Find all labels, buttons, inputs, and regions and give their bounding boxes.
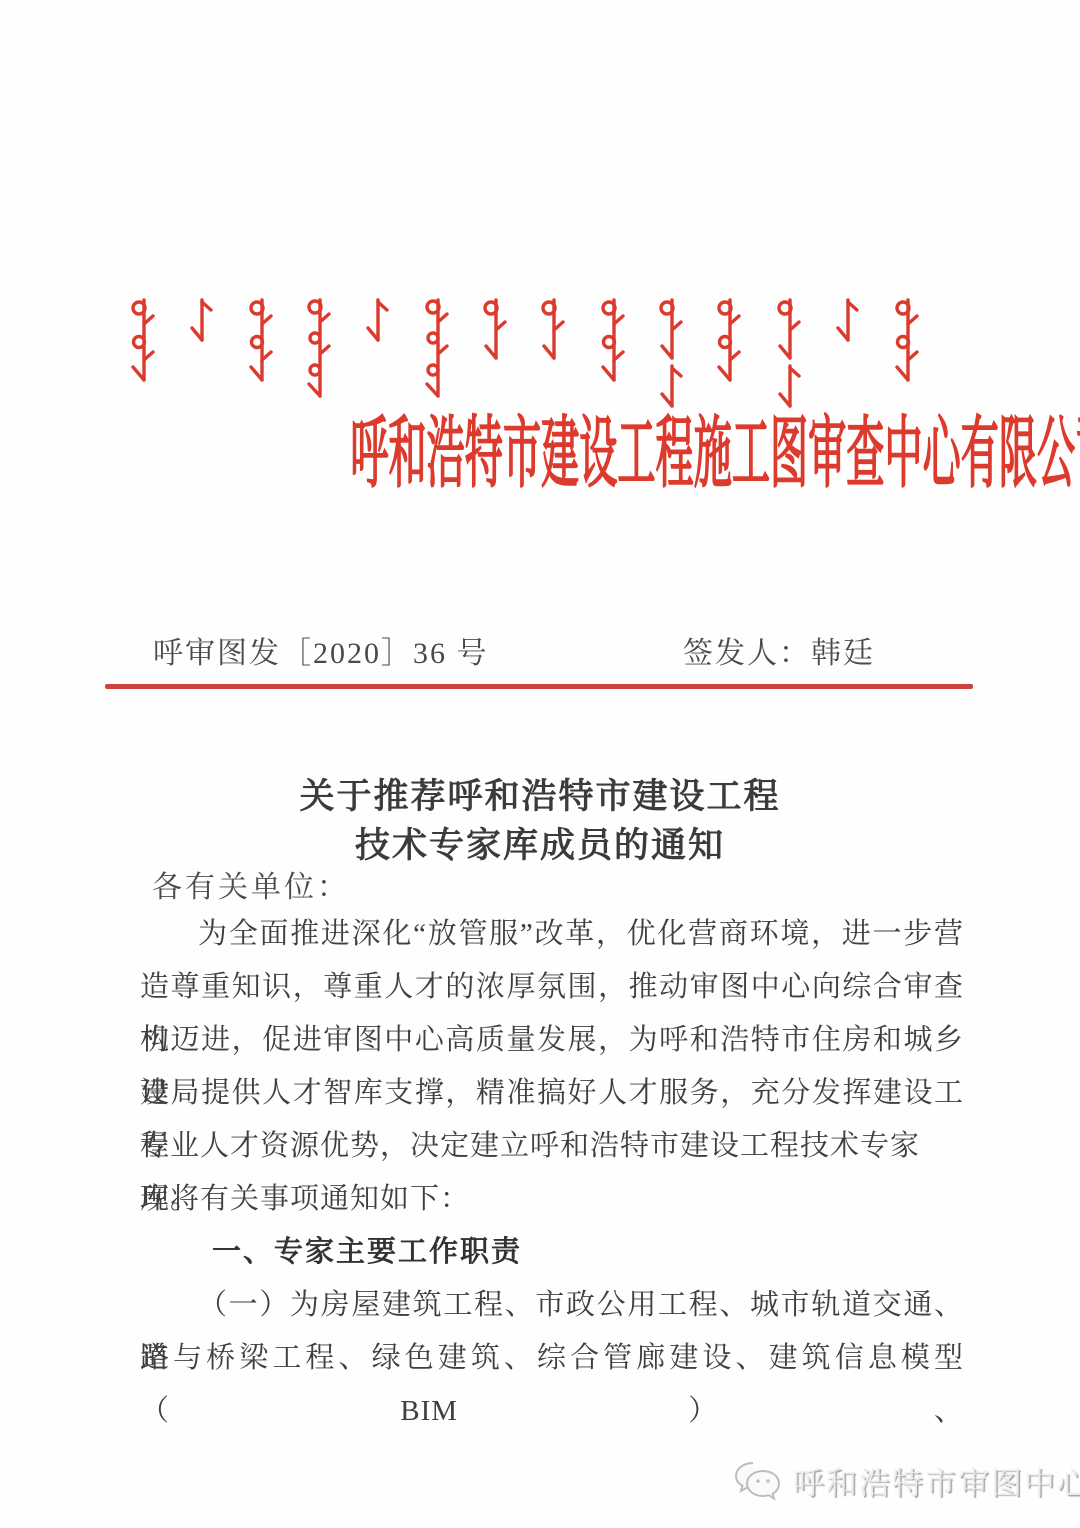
signer: 签发人：韩廷 <box>683 628 875 672</box>
body-line: 路与桥梁工程、绿色建筑、综合管廊建设、建筑信息模型（BIM）、 <box>140 1332 964 1385</box>
doc-meta-row: 呼审图发［2020］36 号 签发人：韩廷 <box>153 628 875 672</box>
notice-title-line1: 关于推荐呼和浩特市建设工程 <box>0 772 1080 821</box>
mongolian-script-icon <box>0 296 1080 408</box>
watermark-text: 呼和浩特市审图中心 <box>793 1458 1080 1503</box>
body-line: 设局提供人才智库支撑，精准搞好人才服务，充分发挥建设工程 <box>140 1067 964 1120</box>
notice-body: 为全面推进深化“放管服”改革，优化营商环境，进一步营 造尊重知识，尊重人才的浓厚… <box>140 908 964 1385</box>
watermark: 呼和浩特市审图中心 <box>733 1458 1080 1503</box>
body-line: （一）为房屋建筑工程、市政公用工程、城市轨道交通、道 <box>140 1279 964 1332</box>
mongolian-script-banner <box>0 296 1080 408</box>
notice-title: 关于推荐呼和浩特市建设工程 技术专家库成员的通知 <box>0 772 1080 870</box>
document-page: 呼和浩特市建设工程施工图审查中心有限公司文件 呼审图发［2020］36 号 签发… <box>0 0 1080 1528</box>
org-title-row: 呼和浩特市建设工程施工图审查中心有限公司文件 <box>0 414 1080 488</box>
body-line: 构迈进，促进审图中心高质量发展，为呼和浩特市住房和城乡建 <box>140 1014 964 1067</box>
red-divider-rule <box>105 684 973 689</box>
wechat-logo-icon <box>733 1459 785 1503</box>
org-title: 呼和浩特市建设工程施工图审查中心有限公司文件 <box>350 414 1080 496</box>
section1-heading: 一、专家主要工作职责 <box>140 1226 964 1279</box>
salutation: 各有关单位： <box>152 862 350 906</box>
body-line: 为全面推进深化“放管服”改革，优化营商环境，进一步营 <box>140 908 964 961</box>
body-line: 现将有关事项通知如下： <box>140 1173 964 1226</box>
body-line: 专业人才资源优势，决定建立呼和浩特市建设工程技术专家库。 <box>140 1120 964 1173</box>
doc-number: 呼审图发［2020］36 号 <box>153 628 489 672</box>
body-line: 造尊重知识，尊重人才的浓厚氛围，推动审图中心向综合审查机 <box>140 961 964 1014</box>
